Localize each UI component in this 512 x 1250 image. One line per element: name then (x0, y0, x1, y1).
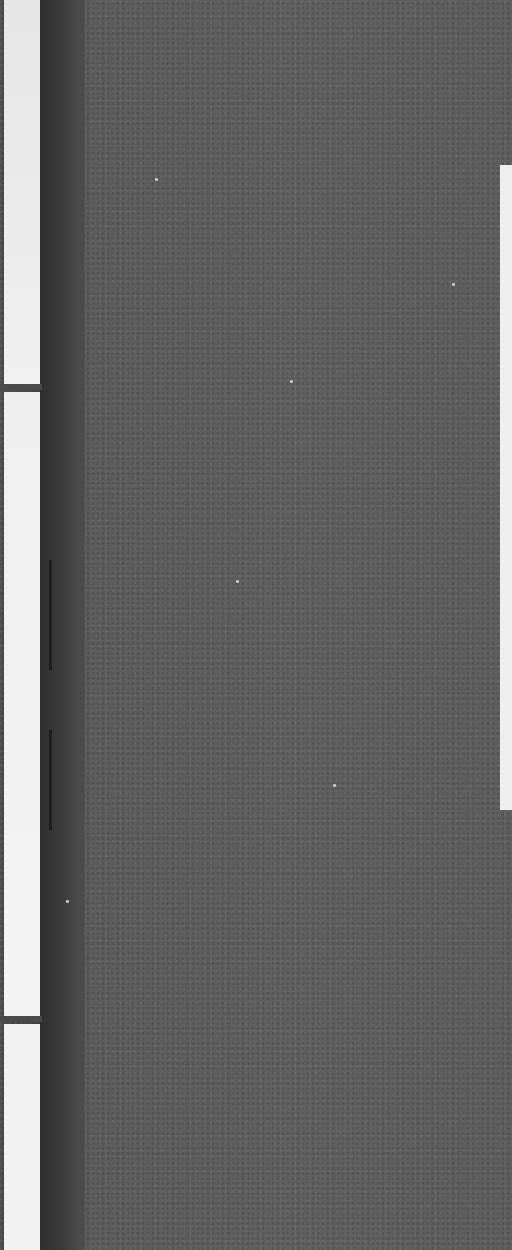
left-lane-line-segment (4, 1024, 40, 1250)
left-lane-line-segment (4, 0, 40, 384)
right-lane-line-segment (500, 165, 512, 810)
debris-speck (290, 380, 293, 383)
pavement-crack (49, 560, 52, 670)
debris-speck (236, 580, 239, 583)
dark-road-edge (40, 0, 85, 1250)
debris-speck (66, 900, 69, 903)
debris-speck (452, 283, 455, 286)
pavement-crack (49, 730, 52, 830)
left-lane-line-segment (4, 392, 40, 1016)
pavement-joint (0, 1016, 42, 1022)
debris-speck (333, 784, 336, 787)
debris-speck (155, 178, 158, 181)
pavement-joint (0, 384, 42, 390)
